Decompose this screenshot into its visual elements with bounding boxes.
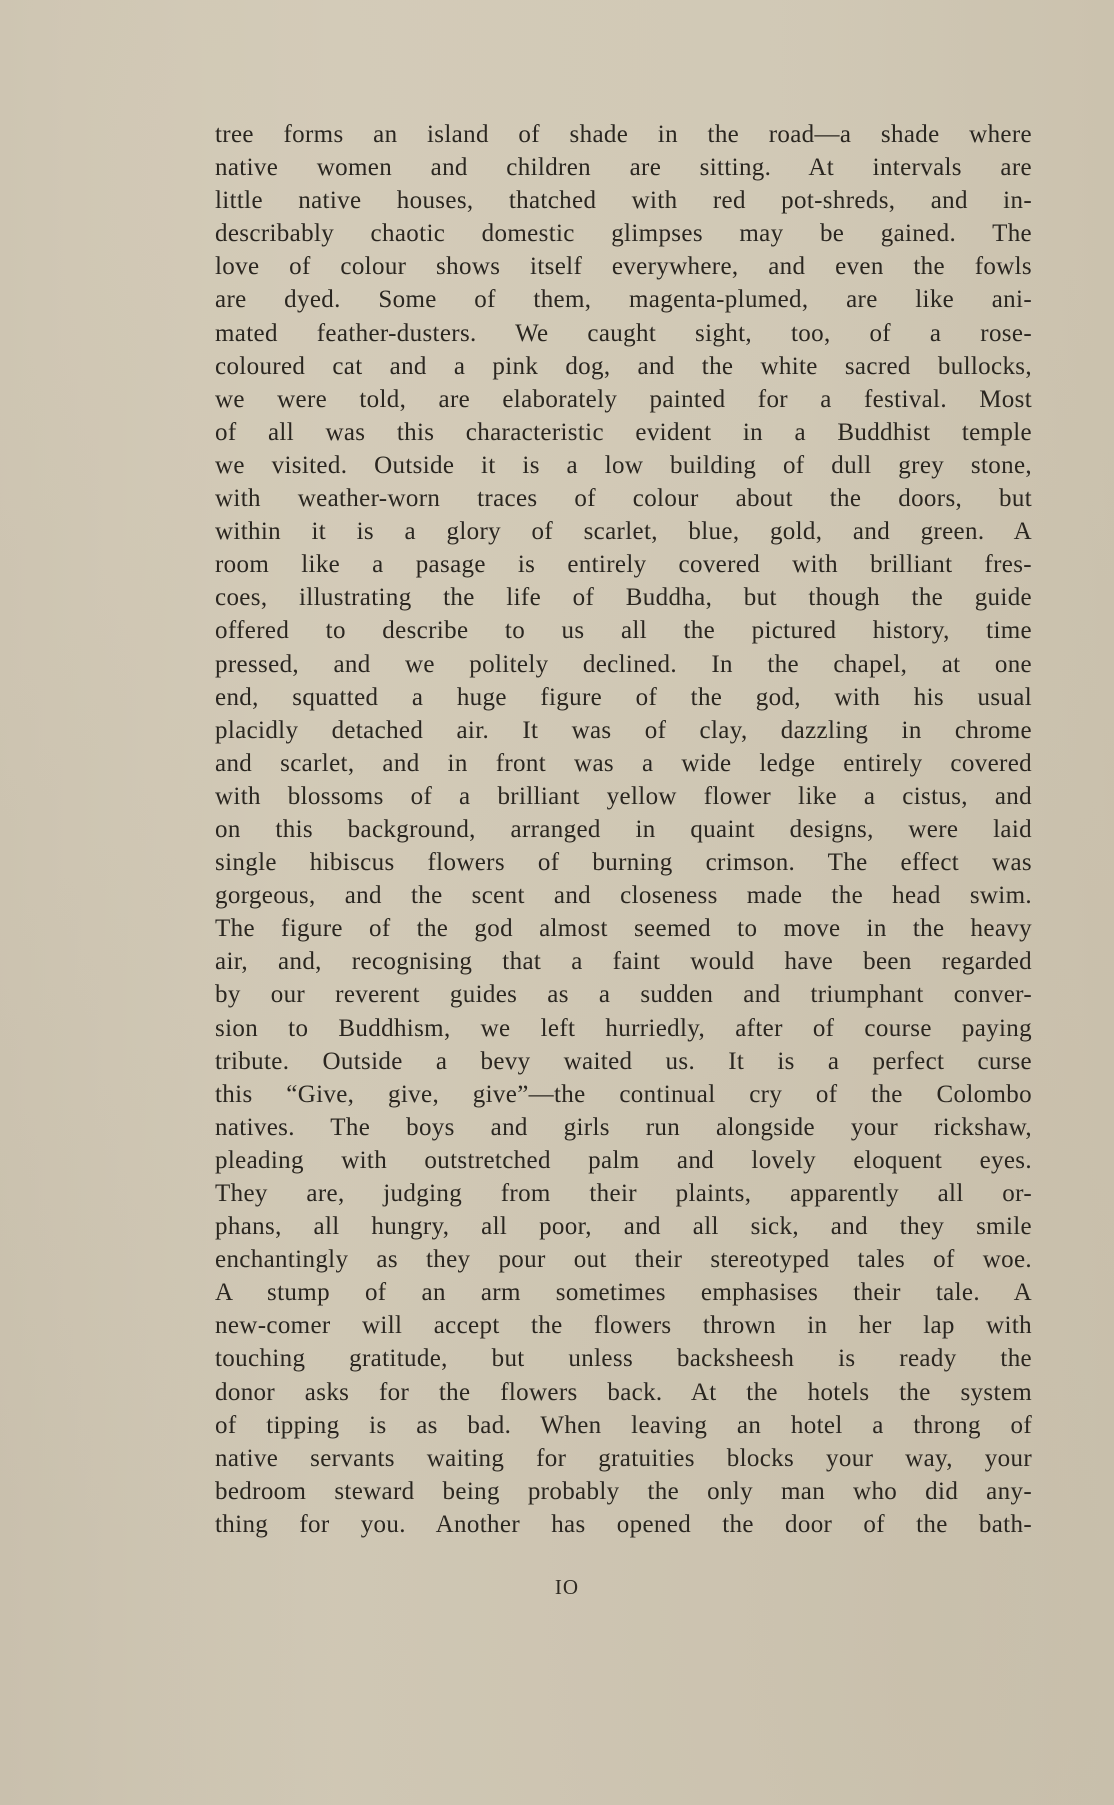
text-line: offered to describe to us all the pictur…: [215, 614, 1032, 647]
text-line: with blossoms of a brilliant yellow flow…: [215, 780, 1032, 813]
text-line: phans, all hungry, all poor, and all sic…: [215, 1210, 1032, 1243]
text-line: this “Give, give, give”—the continual cr…: [215, 1078, 1032, 1111]
text-line: touching gratitude, but unless backshees…: [215, 1342, 1032, 1375]
text-line: enchantingly as they pour out their ster…: [215, 1243, 1032, 1276]
text-line: pleading with outstretched palm and love…: [215, 1144, 1032, 1177]
book-page: tree forms an island of shade in the roa…: [0, 0, 1114, 1805]
text-line: sion to Buddhism, we left hurriedly, aft…: [215, 1012, 1032, 1045]
text-line: tribute. Outside a bevy waited us. It is…: [215, 1045, 1032, 1078]
text-line: coloured cat and a pink dog, and the whi…: [215, 350, 1032, 383]
page-number: IO: [0, 1575, 1114, 1600]
text-line: little native houses, thatched with red …: [215, 184, 1032, 217]
text-line: end, squatted a huge figure of the god, …: [215, 681, 1032, 714]
text-line: donor asks for the flowers back. At the …: [215, 1376, 1032, 1409]
text-line: mated feather-dusters. We caught sight, …: [215, 317, 1032, 350]
text-line: tree forms an island of shade in the roa…: [215, 118, 1032, 151]
text-line: new-comer will accept the flowers thrown…: [215, 1309, 1032, 1342]
text-line: native servants waiting for gratuities b…: [215, 1442, 1032, 1475]
body-text: tree forms an island of shade in the roa…: [215, 118, 1032, 1541]
text-line: placidly detached air. It was of clay, d…: [215, 714, 1032, 747]
text-line: of all was this characteristic evident i…: [215, 416, 1032, 449]
text-line: by our reverent guides as a sudden and t…: [215, 978, 1032, 1011]
text-line: we visited. Outside it is a low building…: [215, 449, 1032, 482]
text-line: we were told, are elaborately painted fo…: [215, 383, 1032, 416]
text-line: bedroom steward being probably the only …: [215, 1475, 1032, 1508]
text-line: A stump of an arm sometimes emphasises t…: [215, 1276, 1032, 1309]
text-line: describably chaotic domestic glimpses ma…: [215, 217, 1032, 250]
text-line: The figure of the god almost seemed to m…: [215, 912, 1032, 945]
text-line: with weather-worn traces of colour about…: [215, 482, 1032, 515]
text-line: and scarlet, and in front was a wide led…: [215, 747, 1032, 780]
text-line: air, and, recognising that a faint would…: [215, 945, 1032, 978]
text-line: coes, illustrating the life of Buddha, b…: [215, 581, 1032, 614]
text-line: natives. The boys and girls run alongsid…: [215, 1111, 1032, 1144]
text-line: of tipping is as bad. When leaving an ho…: [215, 1409, 1032, 1442]
text-line: within it is a glory of scarlet, blue, g…: [215, 515, 1032, 548]
text-line: single hibiscus flowers of burning crims…: [215, 846, 1032, 879]
text-line: on this background, arranged in quaint d…: [215, 813, 1032, 846]
text-line: are dyed. Some of them, magenta-plumed, …: [215, 283, 1032, 316]
text-line: They are, judging from their plaints, ap…: [215, 1177, 1032, 1210]
text-line: pressed, and we politely declined. In th…: [215, 648, 1032, 681]
text-line: native women and children are sitting. A…: [215, 151, 1032, 184]
text-line: love of colour shows itself everywhere, …: [215, 250, 1032, 283]
text-line: room like a pasage is entirely covered w…: [215, 548, 1032, 581]
text-line: gorgeous, and the scent and closeness ma…: [215, 879, 1032, 912]
text-line: thing for you. Another has opened the do…: [215, 1508, 1032, 1541]
